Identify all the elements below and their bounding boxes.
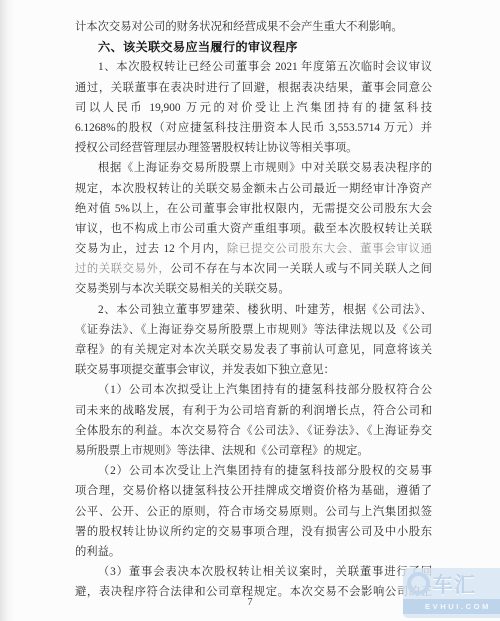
text-segment: 易所股票上市规则》等法律、法规和《公司章程》的规定。 [75,445,369,457]
text-segment: 6.1268%的股权（对应捷氢科技注册资本人民币 3,553.5714 万元）并 [75,122,432,134]
section-heading: 六、该关联交易应当履行的审议程序 [75,37,432,57]
text-segment: 交易为止，过去 12 个月内， [75,243,227,255]
text-segment: 过的关联交易外， [75,263,170,275]
text-segment: 司未来的战略发展，有利于为公司培育新的利润增长点，符合公司和 [75,405,432,417]
text-segment: （1）公司本次拟受让上汽集团持有的捷氢科技部分股权符合公 [98,384,432,396]
text-line: 6.1268%的股权（对应捷氢科技注册资本人民币 3,553.5714 万元）并 [75,118,432,138]
text-segment: 六、该关联交易应当履行的审议程序 [98,40,298,54]
text-line: 司以人民币 19,900 万元的对价受让上汽集团持有的捷氢科技 [75,98,432,118]
text-segment: 《证券法》、《上海证券交易所股票上市规则》等法律法规以及《公司 [75,324,432,336]
text-segment: 绝对值 5%以上，在公司董事会审批权限内，无需提交公司股东大会 [75,203,432,215]
text-segment: 项合理，交易价格以捷氢科技公开挂牌成交增资价格为基础，遵循了 [75,485,432,497]
text-segment: 1、本次股权转让已经公司董事会 2021 年度第五次临时会议审议 [98,61,432,73]
paragraph: 计本次交易对公司的财务状况和经营成果不会产生重大不利影响。 [75,17,432,37]
text-line: 六、该关联交易应当履行的审议程序 [75,37,432,57]
text-line: 《证券法》、《上海证券交易所股票上市规则》等法律法规以及《公司 [75,320,432,340]
text-segment: 联交易事项提交董事会审议，并发表如下独立意见： [75,364,335,376]
paragraph: （1）公司本次拟受让上汽集团持有的捷氢科技部分股权符合公司未来的战略发展，有利于… [75,380,432,461]
watermark-logo-icon [407,572,430,595]
watermark-logo-text: 车汇 [432,569,476,599]
text-line: 项合理，交易价格以捷氢科技公开挂牌成交增资价格为基础，遵循了 [75,481,432,501]
paragraph: 1、本次股权转让已经公司董事会 2021 年度第五次临时会议审议通过，关联董事在… [75,57,432,158]
text-segment: 审议，也不构成上市公司重大资产重组事项。截至本次股权转让关联 [75,223,432,235]
text-line: 1、本次股权转让已经公司董事会 2021 年度第五次临时会议审议 [75,57,432,77]
text-line: 2、本公司独立董事罗建荣、楼狄明、叶建芳，根据《公司法》、 [75,300,432,320]
text-line: 易所股票上市规则》等法律、法规和《公司章程》的规定。 [75,441,432,461]
text-line: 署的股权转让协议所约定的交易事项合理，没有损害公司及中小股东 [75,522,432,542]
text-segment: 公司不存在与本次同一关联人或与不同关联人之间 [170,263,432,275]
text-segment: （2）公司本次受让上汽集团持有的捷氢科技部分股权的交易事 [98,465,432,477]
text-line: 联交易事项提交董事会审议，并发表如下独立意见： [75,360,432,380]
text-line: 的利益。 [75,542,432,562]
watermark-logo-row: 车汇 [403,568,500,599]
text-segment: 2、本公司独立董事罗建荣、楼狄明、叶建芳，根据《公司法》、 [98,304,432,316]
text-line: 根据《上海证券交易所股票上市规则》中对关联交易表决程序的 [75,158,432,178]
scan-edge-shadow [0,0,14,621]
text-line: （3）董事会表决本次股权转让相关议案时，关联董事进行了回 [75,562,432,582]
document-body: 计本次交易对公司的财务状况和经营成果不会产生重大不利影响。六、该关联交易应当履行… [75,17,432,602]
text-line: 过的关联交易外，公司不存在与本次同一关联人或与不同关联人之间 [75,259,432,279]
text-line: 交易为止，过去 12 个月内，除已提交公司股东大会、董事会审议通 [75,239,432,259]
text-segment: 署的股权转让协议所约定的交易事项合理，没有损害公司及中小股东 [75,526,432,538]
text-line: （2）公司本次受让上汽集团持有的捷氢科技部分股权的交易事 [75,461,432,481]
text-line: 司未来的战略发展，有利于为公司培育新的利润增长点，符合公司和 [75,401,432,421]
text-line: 计本次交易对公司的财务状况和经营成果不会产生重大不利影响。 [75,17,432,37]
text-line: （1）公司本次拟受让上汽集团持有的捷氢科技部分股权符合公 [75,380,432,400]
text-line: 绝对值 5%以上，在公司董事会审批权限内，无需提交公司股东大会 [75,199,432,219]
text-line: 章程》的有关规定对本次关联交易发表了事前认可意见，同意将该关 [75,340,432,360]
paragraph: 根据《上海证券交易所股票上市规则》中对关联交易表决程序的规定，本次股权转让的关联… [75,158,432,299]
document-page: 计本次交易对公司的财务状况和经营成果不会产生重大不利影响。六、该关联交易应当履行… [0,0,500,621]
text-segment: （3）董事会表决本次股权转让相关议案时，关联董事进行了回 [98,566,432,578]
text-line: 交易类别与本次关联交易相关的关联交易。 [75,279,432,299]
text-line: 公平、公开、公正的原则，符合市场交易原则。公司与上汽集团拟签 [75,502,432,522]
watermark-site-url: EVHUI.COM [403,599,500,614]
paragraph: 2、本公司独立董事罗建荣、楼狄明、叶建芳，根据《公司法》、《证券法》、《上海证券… [75,300,432,381]
text-segment: 除已提交公司股东大会、董事会审议通 [227,243,432,255]
text-line: 审议，也不构成上市公司重大资产重组事项。截至本次股权转让关联 [75,219,432,239]
text-segment: 规定，本次股权转让的关联交易金额未占公司最近一期经审计净资产 [75,183,432,195]
text-segment: 交易类别与本次关联交易相关的关联交易。 [75,283,290,295]
paragraph: （2）公司本次受让上汽集团持有的捷氢科技部分股权的交易事项合理，交易价格以捷氢科… [75,461,432,562]
text-segment: 公平、公开、公正的原则，符合市场交易原则。公司与上汽集团拟签 [75,506,432,518]
text-segment: 全体股东的利益。本次交易符合《公司法》、《证券法》、《上海证券交 [75,425,432,437]
text-line: 全体股东的利益。本次交易符合《公司法》、《证券法》、《上海证券交 [75,421,432,441]
text-segment: 章程》的有关规定对本次关联交易发表了事前认可意见，同意将该关 [75,344,432,356]
text-line: 授权公司经营管理层办理签署股权转让协议等相关事项。 [75,138,432,158]
text-segment: 的利益。 [75,546,120,558]
text-segment: 授权公司经营管理层办理签署股权转让协议等相关事项。 [75,142,357,154]
watermark: 车汇 EVHUI.COM [403,568,500,618]
text-segment: 通过，关联董事在表决时进行了回避，根据表决结果，董事会同意公 [75,82,432,94]
text-segment: 司以人民币 19,900 万元的对价受让上汽集团持有的捷氢科技 [75,102,432,114]
text-line: 规定，本次股权转让的关联交易金额未占公司最近一期经审计净资产 [75,179,432,199]
text-segment: 计本次交易对公司的财务状况和经营成果不会产生重大不利影响。 [75,21,403,33]
text-line: 通过，关联董事在表决时进行了回避，根据表决结果，董事会同意公 [75,78,432,98]
text-segment: 根据《上海证券交易所股票上市规则》中对关联交易表决程序的 [98,162,432,174]
